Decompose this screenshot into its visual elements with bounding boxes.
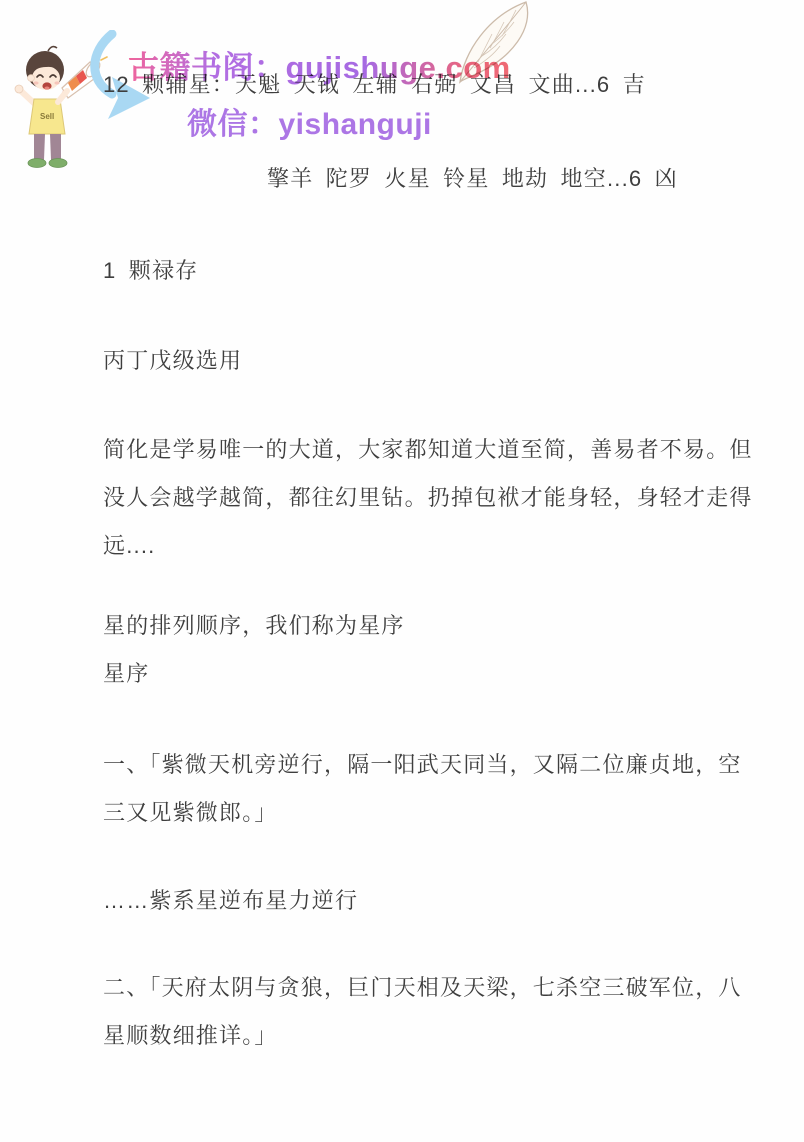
malefic-stars-line: 擎羊 陀罗 火星 铃星 地劫 地空...6 凶 bbox=[267, 155, 678, 203]
watermark-wechat-line: 微信：yishanguji bbox=[187, 99, 432, 143]
star-order-intro-line: 星的排列顺序，我们称为星序 bbox=[103, 602, 405, 650]
grades-line: 丙丁戊级选用 bbox=[103, 337, 242, 385]
mascot-shirt-text: Sell bbox=[40, 112, 54, 121]
watermark-site-line: 古籍书阁：gujishuge.com bbox=[128, 42, 511, 87]
simplify-paragraph: 简化是学易唯一的大道，大家都知道大道至简，善易者不易。但 没人会越学越简，都往幻… bbox=[103, 426, 803, 570]
lucun-line: 1 颗禄存 bbox=[103, 247, 198, 295]
ziwei-note-line: ……紫系星逆布星力逆行 bbox=[103, 877, 358, 925]
quote-one-paragraph: 一、「紫微天机旁逆行，隔一阳武天同当，又隔二位廉贞地，空 三又见紫微郎。」 bbox=[103, 741, 803, 837]
star-order-title: 星序 bbox=[103, 650, 149, 698]
document-page: Sell 12 颗辅星：天魁 天钺 左辅 右弼 文昌 文曲...6 吉 擎羊 陀… bbox=[0, 0, 804, 1142]
quote-two-paragraph: 二、「天府太阴与贪狼，巨门天相及天梁，七杀空三破军位，八 星顺数细推详。」 bbox=[103, 964, 803, 1060]
